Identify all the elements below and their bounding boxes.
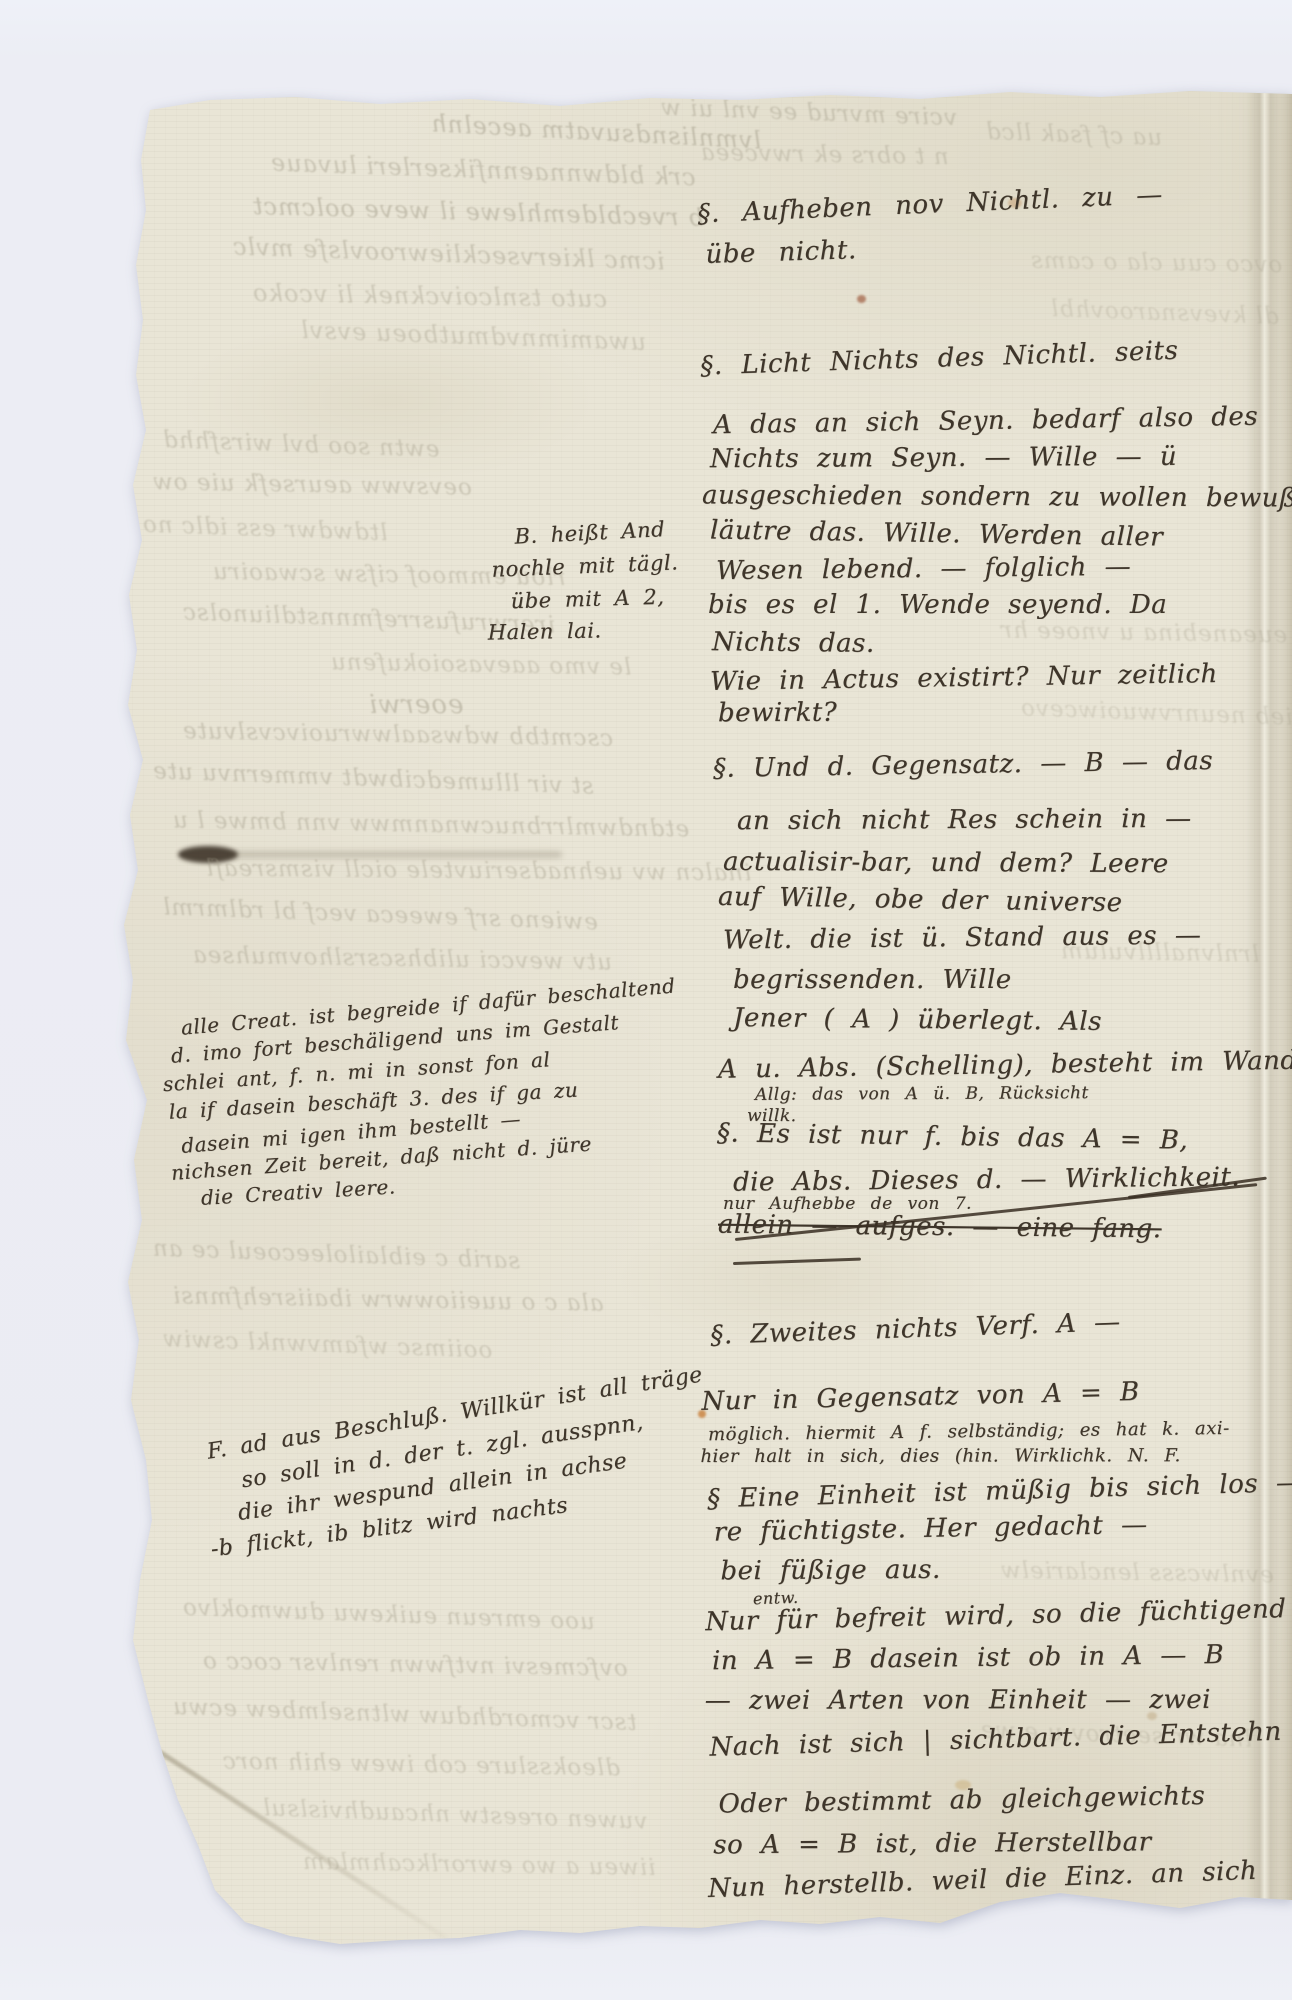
bleedthrough-line: uoo emreun euikewu duwmoklvo [182, 1595, 596, 1635]
bleedthrough-line: n t obrs ek rwvceea [700, 140, 949, 170]
handwriting-line: Nun herstellb. weil die Einz. an sich [708, 1856, 1258, 1904]
handwriting-line: nochle mit tägl. [491, 550, 679, 581]
bleedthrough-line: eoerwi [368, 690, 463, 720]
paper-shadow-wrap: lvmnlisndsuvatm aecelnh crk bldwnnaennfi… [0, 0, 1292, 2000]
bleedthrough-line: sarib c eiblailoleecoeul ce an [152, 1236, 521, 1275]
handwriting-line: §. Und d. Gegensatz. — B — das [713, 746, 1214, 784]
handwriting-line: §. Es ist nur f. bis das A = B, [717, 1118, 1189, 1155]
bleedthrough-line: ltdwdwr ess idlc no [142, 512, 388, 547]
bleedthrough-line: st vir lllumedcibwdt vmmernvu ute [152, 758, 594, 799]
handwriting-line: Wesen lebend. — folglich — [716, 552, 1131, 586]
bleedthrough-line: ua cf fsak llcd [985, 119, 1163, 151]
handwriting-line: A u. Abs. (Schelling), besteht im Wander [718, 1045, 1292, 1085]
handwriting-line: Wie in Actus existirt? Nur zeitlich [710, 659, 1218, 697]
handwriting-line: Nur in Gegensatz von A = B [701, 1377, 1140, 1417]
handwriting-line: so A = B ist, die Herstellbar [713, 1827, 1152, 1860]
handwriting-line: Nichts das. [712, 627, 875, 659]
bleedthrough-line: dleoksslure cob iwew ehih norc [222, 1749, 620, 1782]
handwriting-line: re füchtigste. Her gedacht — [713, 1510, 1147, 1548]
bleedthrough-line: icmc lkiervseckliewroovlsfe mvlc [232, 232, 665, 275]
handwriting-line: allein — aufges. — eine fang. [718, 1210, 1162, 1245]
handwriting-line: ausgeschieden sondern zu wollen bewußts [702, 480, 1292, 513]
bleedthrough-line: b rvecbldemhlewe il weve oolcmct [252, 192, 704, 232]
scanned-page-background: lvmnlisndsuvatm aecelnh crk bldwnnaennfi… [0, 0, 1292, 2000]
handwriting-line: übe nicht. [705, 235, 857, 270]
handwriting-line: Jener ( A ) überlegt. Als [733, 1003, 1102, 1037]
handwriting-line: möglich. hiermit A f. selbständig; es ha… [708, 1418, 1230, 1445]
bleedthrough-line: uwamimnvdmutboeu evsvl [300, 316, 647, 356]
handwriting-line: §. Aufheben nov Nichtl. zu — [697, 180, 1163, 229]
bleedthrough-line: dl kvevsnaroovhbl [1050, 296, 1280, 330]
fox-spot [857, 295, 866, 303]
bleedthrough-line: crk bldwnnaennfikserleri luvaue [270, 149, 696, 192]
handwriting-line: Oder bestimmt ab gleichgewichts [718, 1781, 1205, 1819]
handwriting-line: B. heißt And [514, 517, 666, 549]
handwriting-line: auf Wille, obe der universe [718, 882, 1123, 918]
bleedthrough-line: ovfcmesvi nvtfwwn renlvsr cocc o [202, 1648, 628, 1681]
handwriting-line: bewirkt? [718, 698, 837, 729]
bleedthrough-line: tscr vcmordhduw wltnselmbew ecwu [172, 1694, 637, 1736]
bleedthrough-line: ewieno srf eweeca vecf bl rdlmrml [162, 894, 599, 935]
handwriting-line: bis es el 1. Wende seyend. Da [708, 590, 1167, 620]
bleedthrough-line: ovco cuu cla o cams [1030, 248, 1283, 278]
handwriting-line: begrissenden. Wille [733, 965, 1012, 995]
bleedthrough-line: evnlwcsss lenclarielw [1000, 1558, 1274, 1589]
bleedthrough-line: inalcn wv uehnadseriuvtele oicll vismsre… [205, 856, 752, 887]
handwriting-line: — zwei Arten von Einheit — zwei [705, 1685, 1211, 1716]
handwriting-line: A das an sich Seyn. bedarf also des [713, 402, 1259, 441]
handwriting-line: actualisir-bar, und dem? Leere [723, 847, 1169, 879]
bleedthrough-line: etdndwmlrrbnucwnanmww vnn bmwe l u [172, 807, 690, 842]
manuscript-paper: lvmnlisndsuvatm aecelnh crk bldwnnaennfi… [0, 0, 1292, 2000]
handwriting-line: Halen lai. [488, 618, 602, 644]
handwriting-line: § Eine Einheit ist müßig bis sich los — … [707, 1465, 1292, 1515]
bleedthrough-line: cuto tsnlcoivcknek li vcoko [252, 279, 608, 313]
handwriting-line: §. Zweites nichts Verf. A — [710, 1307, 1121, 1351]
bleedthrough-line: le vmo aaevasoiokufenu [330, 649, 632, 680]
bleedthrough-line: ewtn soo bvl wirsfhhd [162, 427, 440, 463]
handwriting-line: übe mit A 2, [510, 585, 664, 614]
handwriting-line: Allg: das von A ü. B, Rücksicht [755, 1083, 1089, 1105]
handwriting-line: Welt. die ist ü. Stand aus es — [723, 920, 1202, 955]
handwriting-line: an sich nicht Res schein in — [737, 804, 1192, 836]
handwriting-line: hier halt in sich, dies (hin. Wirklichk.… [700, 1445, 1180, 1467]
bleedthrough-line: ala c o uueiiowwrw ibaiisrehfmnsi [172, 1283, 604, 1317]
handwriting-line: bei füßige aus. [720, 1555, 941, 1587]
bleedthrough-line: ooiimsc wfamvwnkl cswiw [162, 1326, 493, 1364]
bleedthrough-line: vuwen oreestw nhcaudhvislsul [262, 1795, 648, 1834]
bleedthrough-line: oevsvww aeursefk uie ow [152, 469, 472, 501]
handwriting-line: Nichts zum Seyn. — Wille — ü [710, 442, 1177, 474]
vertical-fold-crease-edge [1276, 92, 1292, 1900]
bleedthrough-line: cscmtbb wdwsaalwwruoivcvslvute [182, 718, 614, 752]
handwriting-line: §. Licht Nichts des Nichtl. seits [700, 336, 1179, 382]
bleedthrough-line: eueanebina u vnoee hr [1000, 617, 1288, 648]
handwriting-line: in A = B dasein ist ob in A — B [712, 1640, 1224, 1676]
strikethrough-mark [733, 1258, 861, 1265]
bleedthrough-line: utv wevcci ulibhscsrslhovmuhsea [192, 942, 612, 975]
vertical-fold-crease [1246, 92, 1280, 1900]
handwriting-line: läutre das. Wille. Werden aller [710, 515, 1164, 552]
